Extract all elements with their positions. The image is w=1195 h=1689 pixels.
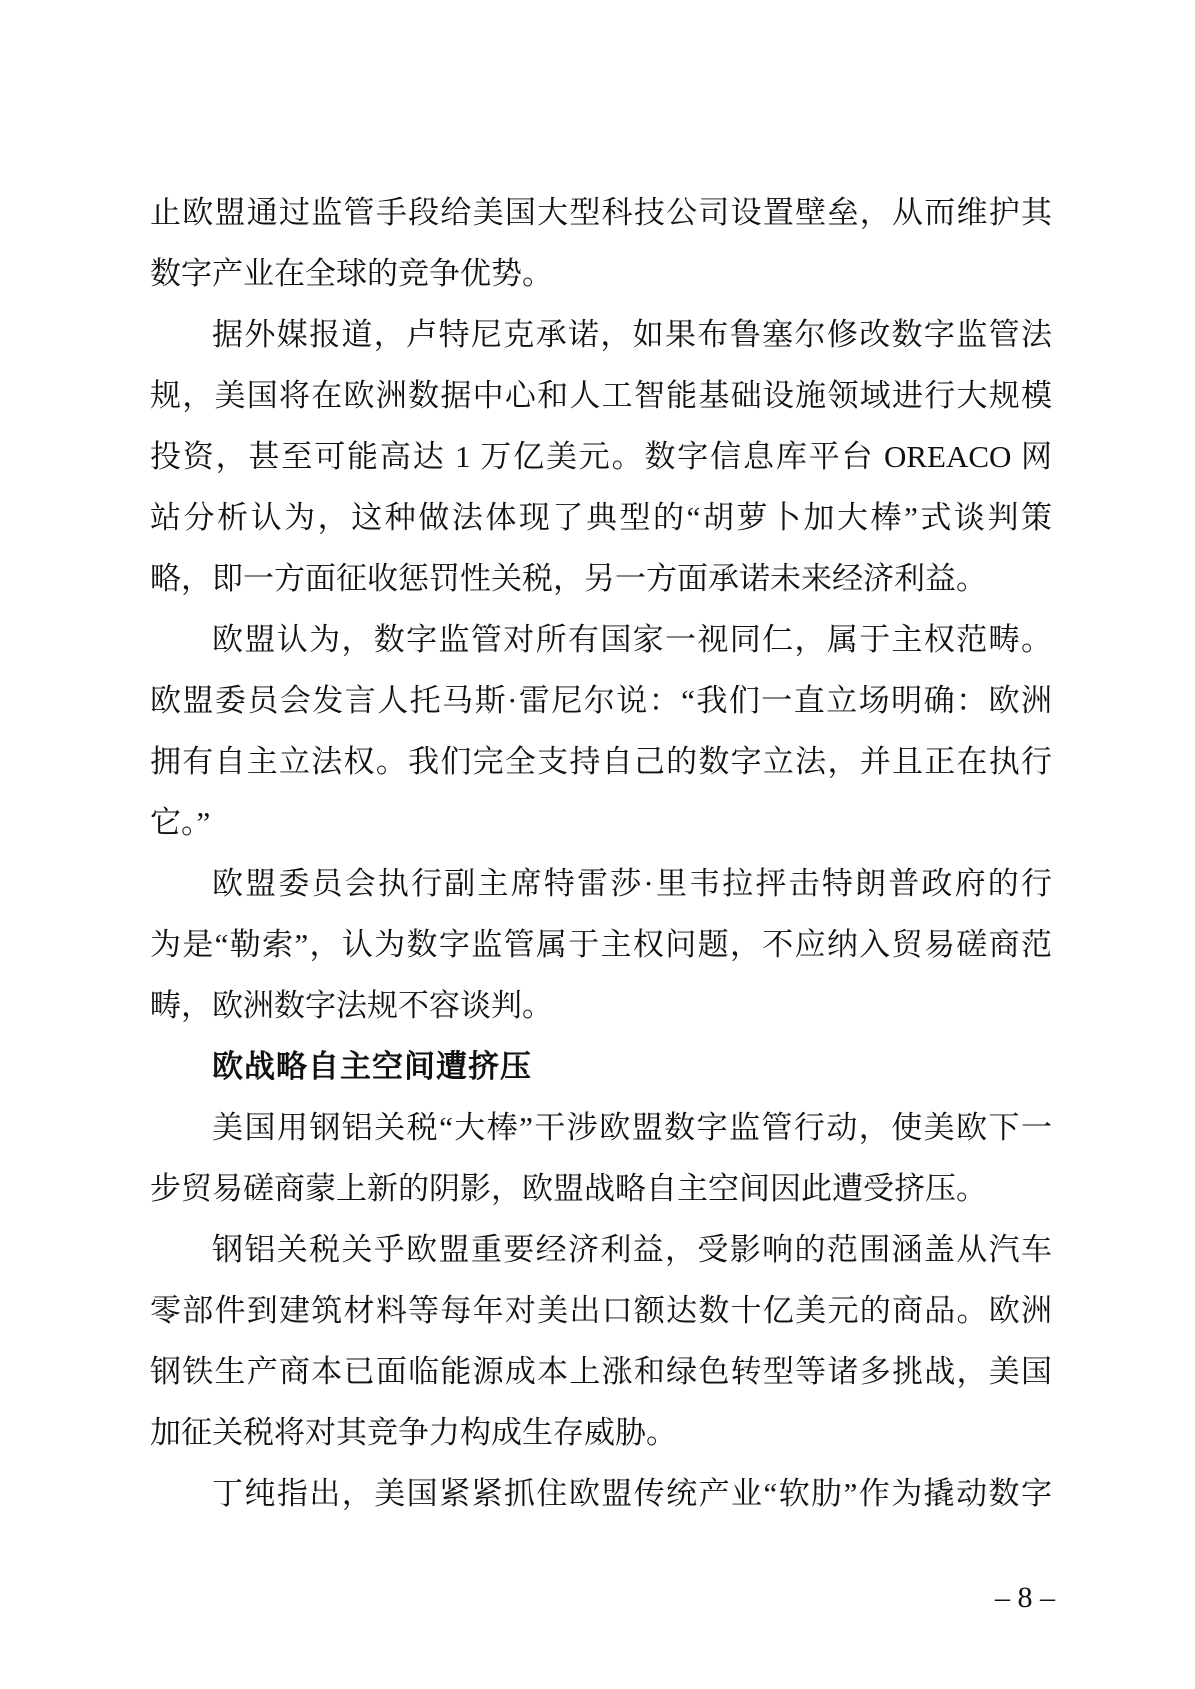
text-line: 数字产业在全球的竞争优势。 bbox=[150, 243, 1052, 304]
text-line: 钢铁生产商本已面临能源成本上涨和绿色转型等诸多挑战，美国 bbox=[150, 1341, 1052, 1402]
heading-line: 欧战略自主空间遭挤压 bbox=[150, 1036, 1052, 1097]
paragraph: 钢铝关税关乎欧盟重要经济利益，受影响的范围涵盖从汽车零部件到建筑材料等每年对美出… bbox=[150, 1219, 1052, 1463]
paragraph: 美国用钢铝关税“大棒”干涉欧盟数字监管行动，使美欧下一步贸易磋商蒙上新的阴影，欧… bbox=[150, 1097, 1052, 1219]
text-line: 投资，甚至可能高达 1 万亿美元。数字信息库平台 OREACO 网 bbox=[150, 426, 1052, 487]
text-line: 欧盟认为，数字监管对所有国家一视同仁，属于主权范畴。 bbox=[150, 609, 1052, 670]
text-line: 为是“勒索”，认为数字监管属于主权问题，不应纳入贸易磋商范 bbox=[150, 914, 1052, 975]
paragraph: 欧盟认为，数字监管对所有国家一视同仁，属于主权范畴。欧盟委员会发言人托马斯·雷尼… bbox=[150, 609, 1052, 853]
text-line: 步贸易磋商蒙上新的阴影，欧盟战略自主空间因此遭受挤压。 bbox=[150, 1158, 1052, 1219]
paragraph: 止欧盟通过监管手段给美国大型科技公司设置壁垒，从而维护其数字产业在全球的竞争优势… bbox=[150, 182, 1052, 304]
section-heading: 欧战略自主空间遭挤压 bbox=[150, 1036, 1052, 1097]
text-line: 畴，欧洲数字法规不容谈判。 bbox=[150, 975, 1052, 1036]
text-line: 略，即一方面征收惩罚性关税，另一方面承诺未来经济利益。 bbox=[150, 548, 1052, 609]
text-line: 据外媒报道，卢特尼克承诺，如果布鲁塞尔修改数字监管法 bbox=[150, 304, 1052, 365]
paragraph: 丁纯指出，美国紧紧抓住欧盟传统产业“软肋”作为撬动数字 bbox=[150, 1463, 1052, 1524]
page-number: – 8 – bbox=[150, 1578, 1055, 1618]
text-line: 美国用钢铝关税“大棒”干涉欧盟数字监管行动，使美欧下一 bbox=[150, 1097, 1052, 1158]
text-line: 欧盟委员会执行副主席特雷莎·里韦拉抨击特朗普政府的行 bbox=[150, 853, 1052, 914]
text-line: 钢铝关税关乎欧盟重要经济利益，受影响的范围涵盖从汽车 bbox=[150, 1219, 1052, 1280]
document-page: 止欧盟通过监管手段给美国大型科技公司设置壁垒，从而维护其数字产业在全球的竞争优势… bbox=[0, 0, 1195, 1689]
text-line: 它。” bbox=[150, 792, 1052, 853]
text-line: 欧盟委员会发言人托马斯·雷尼尔说：“我们一直立场明确：欧洲 bbox=[150, 670, 1052, 731]
text-line: 拥有自主立法权。我们完全支持自己的数字立法，并且正在执行 bbox=[150, 731, 1052, 792]
text-line: 站分析认为，这种做法体现了典型的“胡萝卜加大棒”式谈判策 bbox=[150, 487, 1052, 548]
text-line: 丁纯指出，美国紧紧抓住欧盟传统产业“软肋”作为撬动数字 bbox=[150, 1463, 1052, 1524]
text-line: 加征关税将对其竞争力构成生存威胁。 bbox=[150, 1402, 1052, 1463]
text-line: 止欧盟通过监管手段给美国大型科技公司设置壁垒，从而维护其 bbox=[150, 182, 1052, 243]
paragraph: 据外媒报道，卢特尼克承诺，如果布鲁塞尔修改数字监管法规，美国将在欧洲数据中心和人… bbox=[150, 304, 1052, 609]
text-line: 零部件到建筑材料等每年对美出口额达数十亿美元的商品。欧洲 bbox=[150, 1280, 1052, 1341]
article-text-block: 止欧盟通过监管手段给美国大型科技公司设置壁垒，从而维护其数字产业在全球的竞争优势… bbox=[150, 182, 1052, 1524]
text-line: 规，美国将在欧洲数据中心和人工智能基础设施领域进行大规模 bbox=[150, 365, 1052, 426]
paragraph: 欧盟委员会执行副主席特雷莎·里韦拉抨击特朗普政府的行为是“勒索”，认为数字监管属… bbox=[150, 853, 1052, 1036]
